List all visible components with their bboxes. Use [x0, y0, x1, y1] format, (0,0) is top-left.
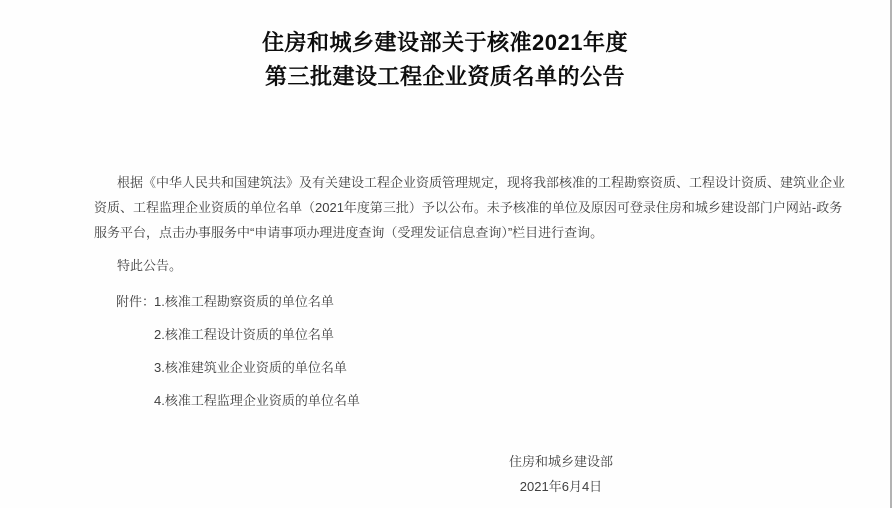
attachment-row-3: 3.核准建筑业企业资质的单位名单: [154, 355, 890, 380]
announcement-page: 住房和城乡建设部关于核准2021年度 第三批建设工程企业资质名单的公告 根据《中…: [0, 0, 892, 508]
main-paragraph: 根据《中华人民共和国建筑法》及有关建设工程企业资质管理规定，现将我部核准的工程勘…: [94, 170, 890, 245]
title-line-2: 第三批建设工程企业资质名单的公告: [0, 60, 890, 94]
paragraph-line-2: 资质、工程监理企业资质的单位名单（2021年度第三批）予以公布。未予核准的单位及…: [94, 195, 890, 220]
attachment-item-3: 3.核准建筑业企业资质的单位名单: [154, 360, 347, 375]
issuer-signature: 住房和城乡建设部: [461, 449, 661, 474]
paragraph-line-1: 根据《中华人民共和国建筑法》及有关建设工程企业资质管理规定，现将我部核准的工程勘…: [94, 170, 890, 195]
title-line-1: 住房和城乡建设部关于核准2021年度: [0, 26, 890, 60]
closing-statement: 特此公告。: [117, 253, 890, 278]
attachment-row-1: 附件：1.核准工程勘察资质的单位名单: [116, 289, 890, 314]
issue-date: 2021年6月4日: [461, 474, 661, 499]
attachment-row-4: 4.核准工程监理企业资质的单位名单: [154, 388, 890, 413]
signature-block: 住房和城乡建设部 2021年6月4日: [461, 449, 661, 499]
attachments-list: 附件：1.核准工程勘察资质的单位名单 2.核准工程设计资质的单位名单 3.核准建…: [116, 289, 890, 413]
attachments-label: 附件：: [116, 289, 154, 314]
attachment-item-4: 4.核准工程监理企业资质的单位名单: [154, 393, 360, 408]
attachment-item-2: 2.核准工程设计资质的单位名单: [154, 327, 334, 342]
page-title: 住房和城乡建设部关于核准2021年度 第三批建设工程企业资质名单的公告: [0, 26, 890, 94]
attachment-item-1: 1.核准工程勘察资质的单位名单: [154, 294, 334, 309]
attachment-row-2: 2.核准工程设计资质的单位名单: [154, 322, 890, 347]
paragraph-line-3: 服务平台，点击办事服务中“申请事项办理进度查询（受理发证信息查询）”栏目进行查询…: [94, 220, 890, 245]
